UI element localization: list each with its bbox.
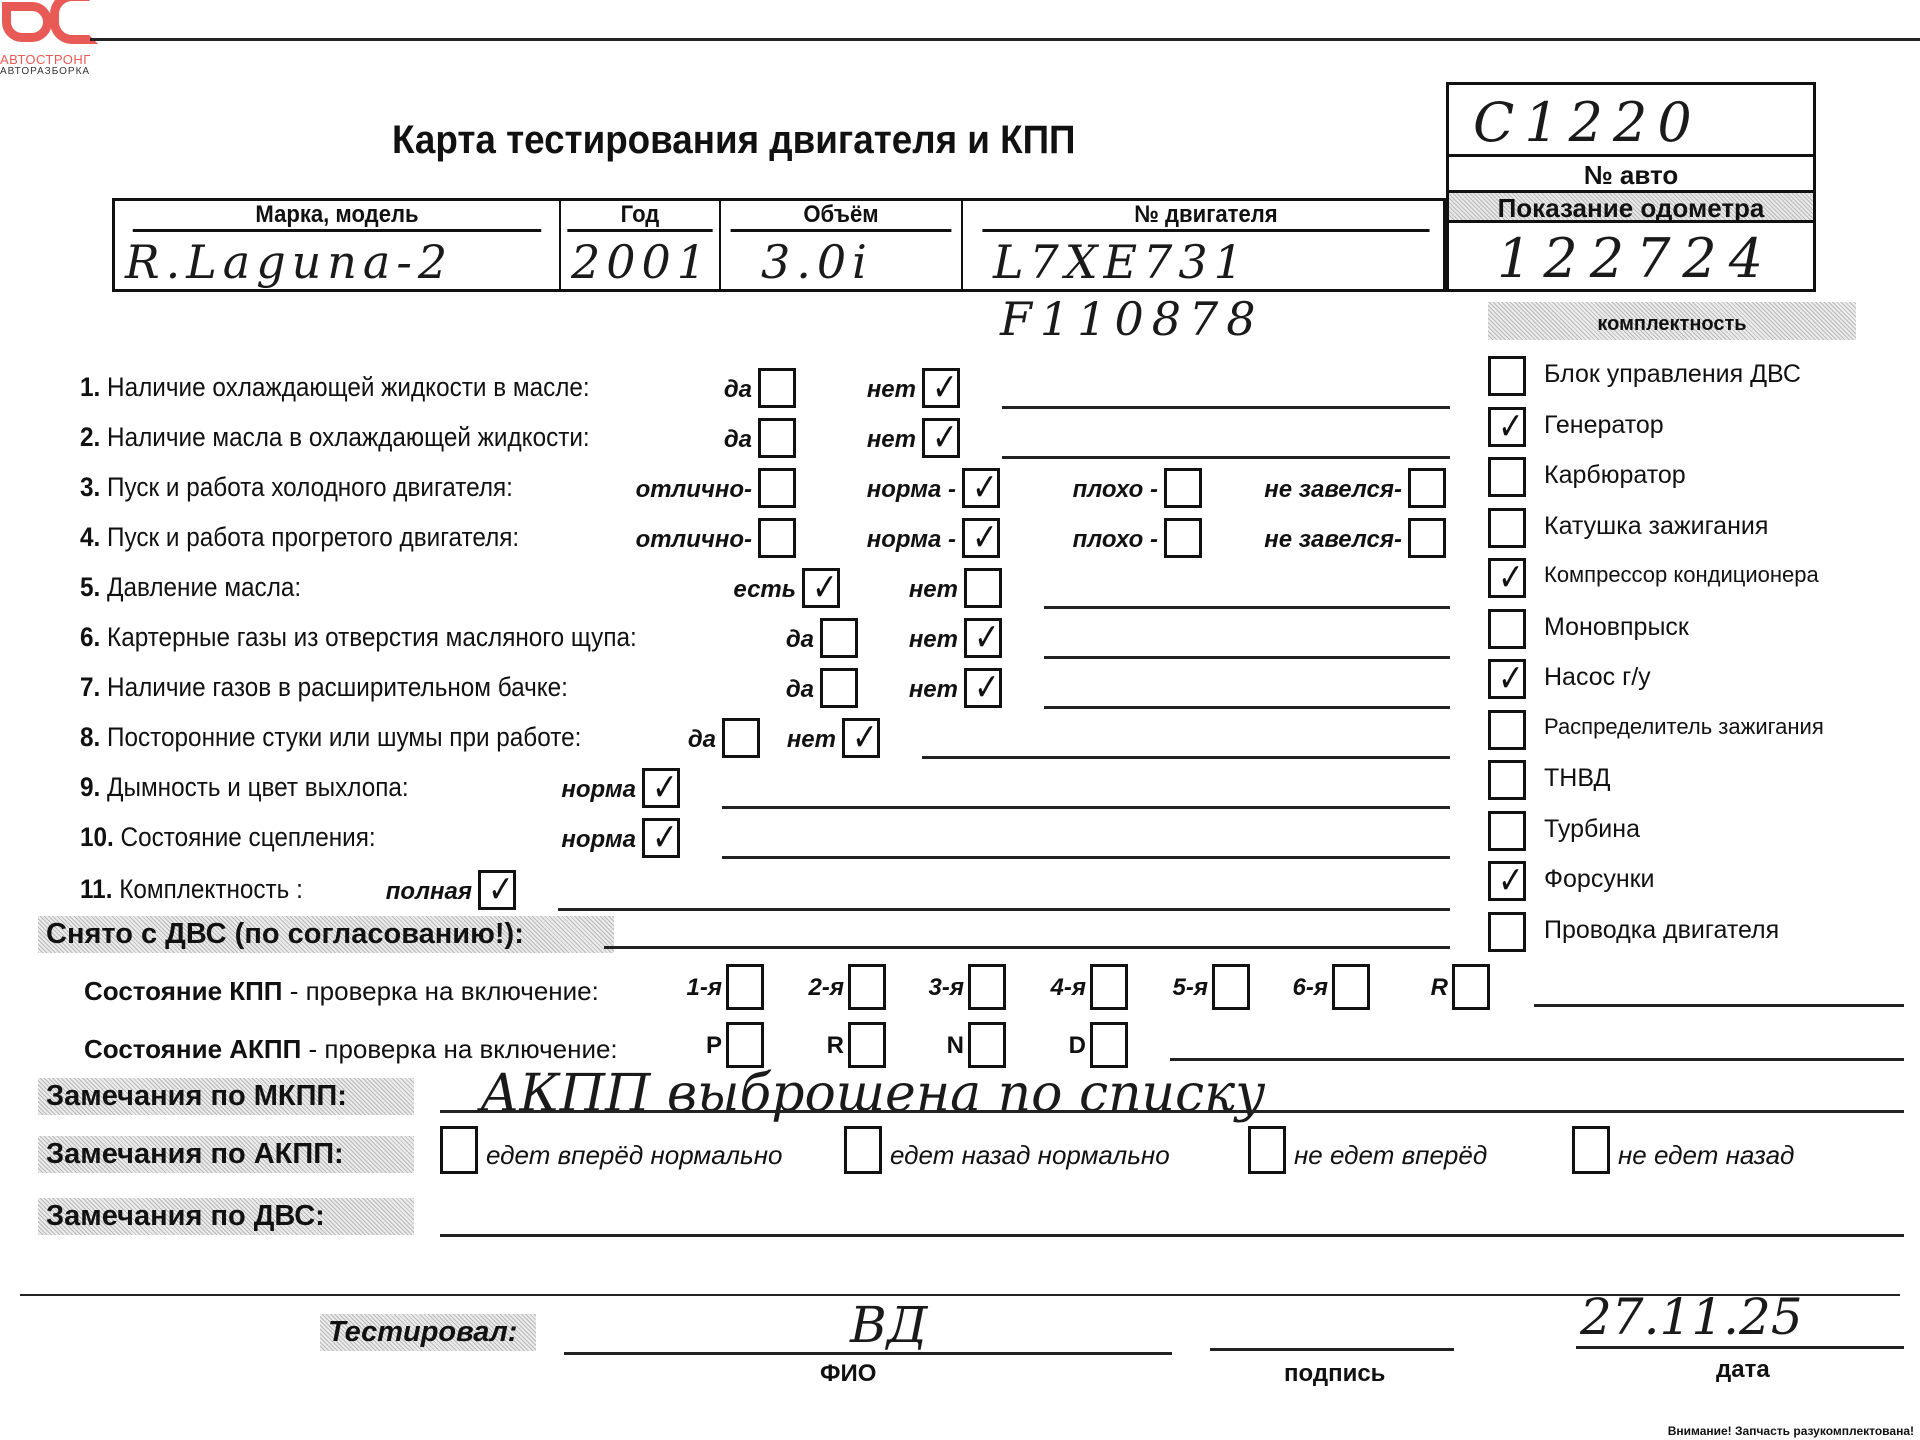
question-text: Наличие масла в охлаждающей жидкости: [107,422,590,452]
question-notes-line[interactable] [1044,606,1450,609]
question-1: 1. Наличие охлаждающей жидкости в масле: [80,372,590,403]
question-text: Посторонние стуки или шумы при работе: [107,722,581,752]
completeness-item-label: Насос г/у [1544,663,1651,692]
completeness-checkbox[interactable] [1488,912,1526,952]
manual-gear-label: 1-я [662,974,722,1002]
option-label: отлично- [602,526,752,554]
manual-gear-checkbox-4-я[interactable] [1090,964,1128,1010]
engine-number-cell: № двигателя L7XE731 [963,201,1449,289]
question-3: 3. Пуск и работа холодного двигателя: [80,472,513,503]
option-label: нет [808,576,958,604]
completeness-checkbox[interactable] [1488,760,1526,800]
completeness-item-label: ТНВД [1544,764,1610,793]
checkbox-q2-2[interactable] [922,418,960,458]
option-label: нет [808,676,958,704]
question-number: 9. [80,772,100,802]
logo-subtitle: АВТОРАЗБОРКА [0,66,90,77]
page-title: Карта тестирования двигателя и КПП [392,118,1075,163]
checkbox-q9-1[interactable] [642,768,680,808]
question-4: 4. Пуск и работа прогретого двигателя: [80,522,519,553]
question-8: 8. Посторонние стуки или шумы при работе… [80,722,581,753]
question-notes-line[interactable] [922,756,1450,759]
checkbox-q10-1[interactable] [642,818,680,858]
auto-remark-checkbox[interactable] [440,1126,478,1174]
question-text: Наличие газов в расширительном бачке: [107,672,568,702]
completeness-checkbox[interactable] [1488,407,1526,447]
removed-parts-label: Снято с ДВС (по согласованию!): [38,916,614,953]
question-number: 10. [80,822,114,852]
checkbox-q6-2[interactable] [964,618,1002,658]
option-label: норма [486,826,636,854]
completeness-checkbox[interactable] [1488,659,1526,699]
logo-name: АВТОСТРОНГ [0,52,91,67]
completeness-checkbox[interactable] [1488,710,1526,750]
question-number: 8. [80,722,100,752]
manual-remarks-value[interactable]: АКПП выброшена по списку [480,1064,1265,1124]
option-label: отлично- [602,476,752,504]
auto-gear-label: R [784,1032,844,1060]
question-number: 6. [80,622,100,652]
manual-gear-checkbox-1-я[interactable] [726,964,764,1010]
question-text: Пуск и работа прогретого двигателя: [107,522,519,552]
question-notes-line[interactable] [1044,706,1450,709]
question-text: Наличие охлаждающей жидкости в масле: [107,372,590,402]
signature-caption: подпись [1284,1360,1385,1388]
manual-gear-checkbox-3-я[interactable] [968,964,1006,1010]
completeness-item-label: Блок управления ДВС [1544,360,1801,389]
auto-number-label: № авто [1449,157,1813,193]
odometer-label: Показание одометра [1449,193,1813,223]
checkbox-q8-2[interactable] [842,718,880,758]
question-2: 2. Наличие масла в охлаждающей жидкости: [80,422,590,453]
auto-gear-checkbox-R[interactable] [848,1022,886,1068]
volume-value[interactable]: 3.0i [761,235,961,289]
question-number: 2. [80,422,100,452]
question-5: 5. Давление масла: [80,572,301,603]
manual-gear-label: R [1388,974,1448,1002]
option-label: не завелся- [1252,526,1402,554]
completeness-checkbox[interactable] [1488,356,1526,396]
auto-remark-checkbox[interactable] [1248,1126,1286,1174]
auto-remark-label: не едет вперёд [1294,1140,1487,1171]
engine-number-header: № двигателя [982,201,1429,232]
checkbox-q4-1[interactable] [758,518,796,558]
option-label: норма [486,776,636,804]
option-label: норма - [806,526,956,554]
completeness-item-label: Карбюратор [1544,461,1686,490]
checkbox-q3-1[interactable] [758,468,796,508]
option-label: плохо - [1008,476,1158,504]
checkbox-q5-2[interactable] [964,568,1002,608]
vehicle-info-table: Марка, модель R.Laguna-2 Год 2001 Объём … [112,198,1446,292]
completeness-checkbox[interactable] [1488,811,1526,851]
option-label: да [664,626,814,654]
tested-by-label: Тестировал: [320,1314,536,1351]
auto-remark-checkbox[interactable] [1572,1126,1610,1174]
option-label: нет [686,726,836,754]
signature-line[interactable] [1210,1348,1454,1351]
manual-gear-label: 5-я [1148,974,1208,1002]
volume-header: Объём [731,201,952,232]
completeness-item-label: Катушка зажигания [1544,512,1768,541]
logo-mark-icon [2,0,98,42]
checkbox-q3-4[interactable] [1408,468,1446,508]
auto-gear-label: D [1026,1032,1086,1060]
volume-cell: Объём 3.0i [721,201,963,289]
option-label: нет [766,426,916,454]
date-value[interactable]: 27.11.25 [1580,1288,1803,1346]
checkbox-q4-2[interactable] [962,518,1000,558]
auto-remark-checkbox[interactable] [844,1126,882,1174]
auto-remark-label: едет назад нормально [890,1140,1170,1171]
completeness-checkbox[interactable] [1488,457,1526,497]
option-label: да [602,376,752,404]
checkbox-q7-2[interactable] [964,668,1002,708]
question-9: 9. Дымность и цвет выхлопа: [80,772,409,803]
completeness-item-label: Генератор [1544,411,1664,440]
manual-gear-checkbox-R[interactable] [1452,964,1490,1010]
question-notes-line[interactable] [1002,406,1450,409]
auto-odometer-box: C1220 № авто Показание одометра 122724 [1446,82,1816,292]
checkbox-q3-2[interactable] [962,468,1000,508]
question-text: Состояние сцепления: [121,822,376,852]
completeness-item-label: Проводка двигателя [1544,916,1779,945]
question-number: 7. [80,672,100,702]
make-model-header: Марка, модель [133,201,541,232]
question-6: 6. Картерные газы из отверстия масляного… [80,622,637,653]
auto-remarks-label: Замечания по АКПП: [38,1136,414,1173]
question-text: Комплектность : [119,874,303,904]
completeness-item-label: Моновпрыск [1544,613,1689,642]
option-label: да [664,676,814,704]
completeness-header: комплектность [1488,302,1856,340]
question-text: Пуск и работа холодного двигателя: [107,472,513,502]
completeness-checkbox[interactable] [1488,861,1526,901]
option-label: не завелся- [1252,476,1402,504]
option-label: нет [808,626,958,654]
manual-gear-checkbox-6-я[interactable] [1332,964,1370,1010]
question-number: 11. [80,874,112,904]
question-number: 3. [80,472,100,502]
auto-remark-label: не едет назад [1618,1140,1794,1171]
fio-value[interactable]: ВД [850,1296,927,1354]
completeness-item-label: Турбина [1544,815,1640,844]
manual-gear-label: 4-я [1026,974,1086,1002]
manual-remarks-line [440,1110,1904,1113]
checkbox-q4-3[interactable] [1164,518,1202,558]
auto-gearbox-label: Состояние АКПП - проверка на включение: [84,1034,618,1065]
completeness-checkbox[interactable] [1488,508,1526,548]
completeness-item-label: Форсунки [1544,865,1655,894]
option-label: да [602,426,752,454]
option-label: полная [322,878,472,906]
question-notes-line[interactable] [722,806,1450,809]
manual-remarks-label: Замечания по МКПП: [38,1078,414,1115]
auto-gear-checkbox-D[interactable] [1090,1022,1128,1068]
completeness-item-label: Распределитель зажигания [1544,714,1824,740]
checkbox-q11-1[interactable] [478,870,516,910]
odometer-value[interactable]: 122724 [1497,227,1775,290]
question-7: 7. Наличие газов в расширительном бачке: [80,672,568,703]
option-label: есть [646,576,796,604]
question-11: 11. Комплектность : [80,874,303,905]
manual-gear-checkbox-5-я[interactable] [1212,964,1250,1010]
question-text: Картерные газы из отверстия масляного щу… [107,622,637,652]
manual-gearbox-label: Состояние КПП - проверка на включение: [84,976,599,1007]
question-notes-line[interactable] [1002,456,1450,459]
engine-number-extra: F110878 [1000,292,1264,346]
auto-gearbox-notes-line[interactable] [1170,1058,1904,1061]
auto-gear-label: N [904,1032,964,1060]
engine-remarks-label: Замечания по ДВС: [38,1198,414,1235]
auto-remark-label: едет вперёд нормально [486,1140,782,1171]
question-text: Давление масла: [107,572,301,602]
manual-gear-label: 3-я [904,974,964,1002]
option-label: нет [766,376,916,404]
question-notes-line[interactable] [722,856,1450,859]
question-number: 1. [80,372,100,402]
manual-gear-label: 2-я [784,974,844,1002]
option-label: норма - [806,476,956,504]
year-cell: Год 2001 [561,201,721,289]
make-model-value[interactable]: R.Laguna-2 [125,235,559,289]
year-header: Год [567,201,712,232]
option-label: плохо - [1008,526,1158,554]
checkbox-q1-2[interactable] [922,368,960,408]
auto-gear-checkbox-P[interactable] [726,1022,764,1068]
fio-line [564,1352,1172,1355]
completeness-item-label: Компрессор кондиционера [1544,562,1819,588]
auto-gear-label: P [662,1032,722,1060]
year-value[interactable]: 2001 [571,235,719,289]
question-number: 4. [80,522,100,552]
top-divider [90,38,1920,41]
removed-parts-field[interactable] [604,946,1450,949]
question-notes-line[interactable] [558,908,1450,911]
auto-number-value[interactable]: C1220 [1473,91,1702,154]
manual-gear-checkbox-2-я[interactable] [848,964,886,1010]
date-line [1576,1346,1904,1349]
engine-number-value[interactable]: L7XE731 [993,235,1449,289]
date-caption: дата [1716,1356,1770,1384]
completeness-checkbox[interactable] [1488,609,1526,649]
manual-gearbox-notes-line[interactable] [1534,1004,1904,1007]
question-notes-line[interactable] [1044,656,1450,659]
question-10: 10. Состояние сцепления: [80,822,376,853]
checkbox-q4-4[interactable] [1408,518,1446,558]
question-number: 5. [80,572,100,602]
checkbox-q3-3[interactable] [1164,468,1202,508]
footer-warning: Внимание! Запчасть разукомплектована! [1668,1424,1914,1438]
question-text: Дымность и цвет выхлопа: [107,772,409,802]
manual-gear-label: 6-я [1268,974,1328,1002]
completeness-checkbox[interactable] [1488,558,1526,598]
auto-gear-checkbox-N[interactable] [968,1022,1006,1068]
make-model-cell: Марка, модель R.Laguna-2 [115,201,561,289]
fio-caption: ФИО [820,1360,876,1388]
engine-remarks-field[interactable] [440,1234,1904,1237]
